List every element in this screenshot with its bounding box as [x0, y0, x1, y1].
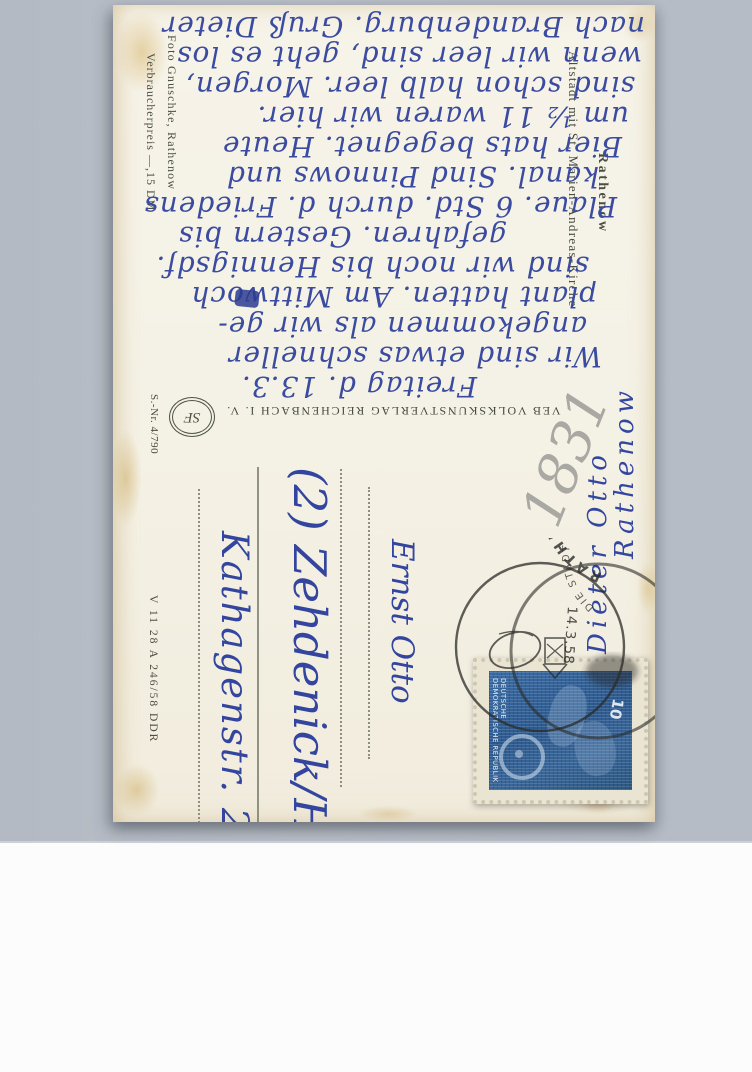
message-line: Bier hats begegnet. Heute: [123, 131, 622, 161]
address-guide-line: [340, 469, 342, 787]
postmark-cds: RATHENOW 14.3.58: [508, 538, 655, 738]
message-line: um ½ 11 waren wir hier.: [123, 101, 629, 131]
message-line: Plaue. 6 Std. durch d. Friedens: [123, 191, 617, 221]
message-line: angekommen als wir ge-: [123, 311, 587, 341]
address-guide-line: [257, 467, 259, 822]
message-line: nach Brandenburg. Gruß Dieter: [123, 11, 645, 41]
publisher-logo-inner: SF: [172, 400, 212, 434]
message-line: Freitag d. 13.3.: [123, 371, 477, 401]
address-town: (2) Zehdenick/H: [283, 467, 335, 822]
publisher-logo-monogram: SF: [184, 409, 201, 426]
address-street: Kathagenstr. 2: [213, 531, 256, 822]
message-line: Wir sind etwas schneller: [123, 341, 602, 371]
message-line: wenn wir leer sind, geht es los: [123, 41, 642, 71]
scan-background-white: [0, 841, 752, 1072]
postmark-smudge: [586, 655, 638, 687]
message-line: kanal. Sind Pinnows und: [123, 161, 599, 191]
message-line: plant hatten. Am Mittwoch: [123, 281, 597, 311]
stain: [113, 755, 167, 822]
message-line: sind wir noch bis Hennigsdf.: [123, 251, 589, 281]
postmarks: DIE STADT DER OPTIK · RATHENOW RATHENOW …: [443, 538, 655, 786]
message-line: sind schon halb leer. Morgen,: [123, 71, 635, 101]
order-number-text: S.-Nr. 4/790: [148, 394, 160, 454]
address-guide-line: [368, 487, 370, 759]
message-line: gefahren. Gestern bis: [123, 221, 507, 251]
postmark-date: 14.3.58: [560, 606, 580, 666]
publisher-logo: SF: [169, 397, 215, 437]
postcard-back: Foto Gnuschke, Rathenow Verbraucherpreis…: [113, 5, 655, 822]
stain: [113, 413, 147, 543]
handwritten-message: Freitag d. 13.3. Wir sind etwas schnelle…: [123, 5, 647, 401]
print-permit-text: V 11 28 A 246/58 DDR: [147, 595, 159, 743]
scanned-postcard-page: Foto Gnuschke, Rathenow Verbraucherpreis…: [0, 0, 752, 1072]
address-guide-line: [198, 489, 200, 822]
ink-blot: [234, 289, 260, 308]
stain: [348, 803, 428, 822]
address-name: Ernst Otto: [384, 539, 420, 704]
publisher-imprint: VEB VOLKSKUNSTVERLAG REICHENBACH I. V.: [225, 403, 561, 418]
